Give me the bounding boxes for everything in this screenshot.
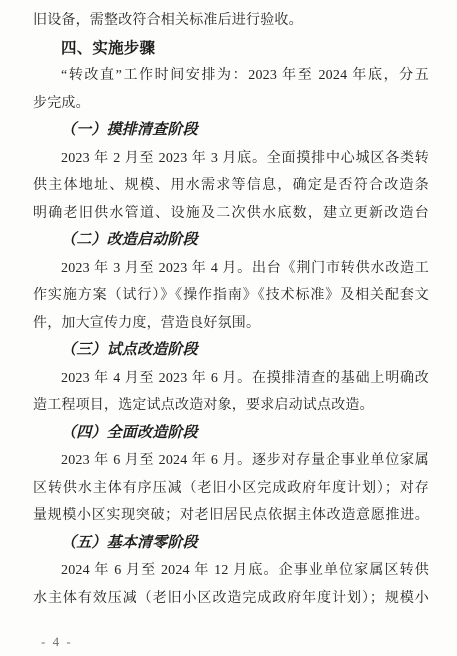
text-line: 水主体有效压减（老旧小区改造完成政府年度计划）；规模小	[33, 585, 429, 613]
section-heading: 四、实施步骤	[33, 35, 429, 63]
section-heading: （四）全面改造阶段	[33, 420, 429, 448]
text-line: 步完成。	[33, 90, 429, 118]
text-line: 旧设备，需整改符合相关标准后进行验收。	[33, 7, 429, 35]
text-line: 2023 年 2 月至 2023 年 3 月底。全面摸排中心城区各类转	[33, 145, 429, 173]
page-content: 旧设备，需整改符合相关标准后进行验收。四、实施步骤“转改直”工作时间安排为：20…	[0, 0, 457, 612]
text-line: 件，加大宣传力度，营造良好氛围。	[33, 310, 429, 338]
document-page: 旧设备，需整改符合相关标准后进行验收。四、实施步骤“转改直”工作时间安排为：20…	[0, 0, 457, 656]
text-line: “转改直”工作时间安排为：2023 年至 2024 年底，分五	[33, 62, 429, 90]
text-line: 2024 年 6 月至 2024 年 12 月底。企事业单位家属区转供	[33, 557, 429, 585]
text-line: 2023 年 3 月至 2023 年 4 月。出台《荆门市转供水改造工	[33, 255, 429, 283]
text-line: 作实施方案（试行）》《操作指南》《技术标准》及相关配套文	[33, 282, 429, 310]
section-heading: （三）试点改造阶段	[33, 337, 429, 365]
section-heading: （二）改造启动阶段	[33, 227, 429, 255]
page-number: - 4 -	[41, 634, 73, 650]
text-line: 造工程项目，选定试点改造对象，要求启动试点改造。	[33, 392, 429, 420]
text-line: 供主体地址、规模、用水需求等信息，确定是否符合改造条件，	[33, 172, 429, 200]
text-line: 2023 年 6 月至 2024 年 6 月。逐步对存量企事业单位家属	[33, 447, 429, 475]
text-line: 区转供水主体有序压减（老旧小区完成政府年度计划）；对存	[33, 475, 429, 503]
section-heading: （一）摸排清查阶段	[33, 117, 429, 145]
text-line: 明确老旧供水管道、设施及二次供水底数，建立更新改造台账。	[33, 200, 429, 228]
section-heading: （五）基本清零阶段	[33, 530, 429, 558]
text-line: 量规模小区实现突破；对老旧居民点依据主体改造意愿推进。	[33, 502, 429, 530]
text-line: 2023 年 4 月至 2023 年 6 月。在摸排清查的基础上明确改	[33, 365, 429, 393]
